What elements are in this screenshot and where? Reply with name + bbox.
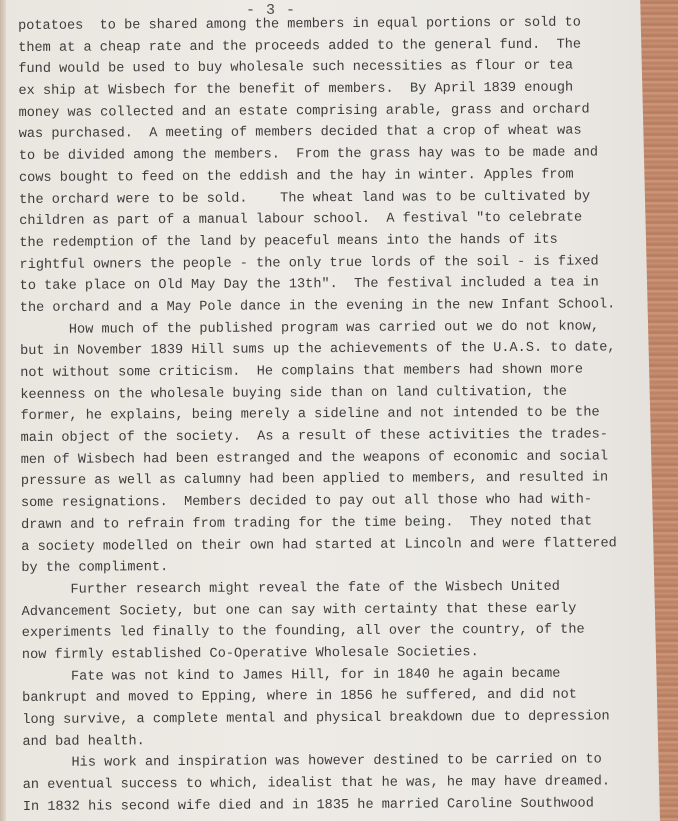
document-body: potatoes to be shared among the members … — [18, 12, 663, 818]
text-line: drawn and to refrain from trading for th… — [21, 511, 661, 537]
text-line: experiments led finally to the founding,… — [22, 619, 662, 645]
text-line: In 1832 his second wife died and in 1835… — [23, 793, 663, 819]
typed-page: - 3 - potatoes to be shared among the me… — [0, 0, 660, 821]
text-line: a society modelled on their own had star… — [21, 533, 661, 559]
text-line: children as part of a manual labour scho… — [19, 207, 659, 233]
page-binding-edge — [0, 0, 6, 821]
text-line: long survive, a complete mental and phys… — [22, 706, 662, 732]
